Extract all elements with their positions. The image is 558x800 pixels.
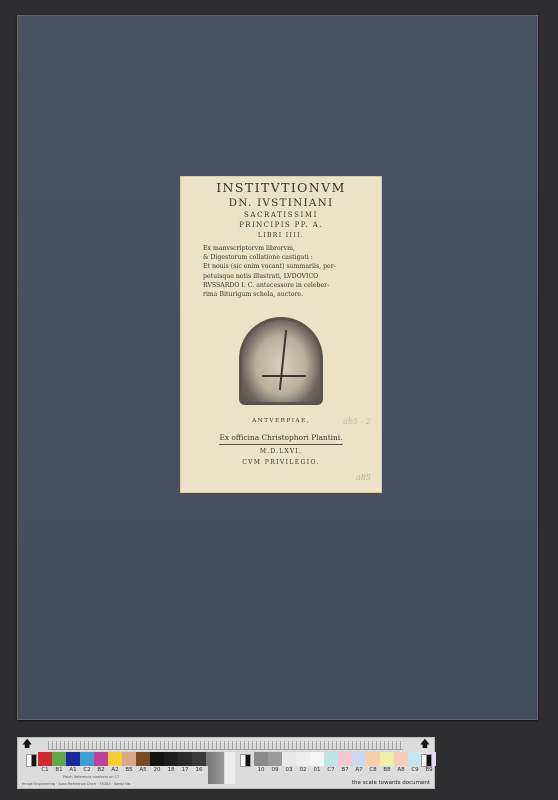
title-line-3: SACRATISSIMI — [181, 212, 381, 219]
ruler-scale — [48, 741, 403, 750]
title-line-2: DN. IVSTINIANI — [181, 198, 381, 209]
chart-note: Image Engineering · Scan Reference Chart… — [22, 782, 131, 786]
color-patch-a2 — [108, 752, 122, 766]
patch-label: C2 — [80, 767, 94, 773]
patch-label: B7 — [338, 767, 352, 773]
color-patch-02 — [296, 752, 310, 766]
color-patch-b2 — [94, 752, 108, 766]
body-line: RVSSARDO I. C. antecessore in celeber- — [203, 281, 363, 290]
color-patch-09 — [268, 752, 282, 766]
right-color-patches — [254, 752, 436, 766]
imprint-privilege: CVM PRIVILEGIO. — [181, 460, 381, 466]
imprint-printer: Ex officina Christophori Plantini. — [219, 433, 342, 445]
right-patch-labels: 1009030201C7B7A7C8B8A8C9B9 — [254, 767, 436, 773]
left-patch-labels: C1B1A1C2B2A2B5A52018171611 — [38, 767, 220, 773]
color-patch-a5 — [136, 752, 150, 766]
body-line: rima Biturigum schola, auctore. — [203, 290, 363, 299]
color-patch-b8 — [380, 752, 394, 766]
arrow-up-icon: 🡅 — [22, 740, 32, 750]
color-patch-a8 — [394, 752, 408, 766]
body-line: petuisque notis illustrati, LVDOVICO — [203, 272, 363, 281]
color-patch-b5 — [122, 752, 136, 766]
color-patch-20 — [150, 752, 164, 766]
patch-label: A2 — [108, 767, 122, 773]
color-patch-16 — [192, 752, 206, 766]
pencil-mark: a85 — [356, 473, 371, 482]
gray-step-labels — [225, 752, 235, 784]
color-patch-a7 — [352, 752, 366, 766]
patch-label: A7 — [352, 767, 366, 773]
patch-label: B2 — [94, 767, 108, 773]
color-patch-a1 — [66, 752, 80, 766]
patch-label: A5 — [136, 767, 150, 773]
patch-label: 20 — [150, 767, 164, 773]
bw-reference-patch — [26, 754, 37, 767]
color-patch-c9 — [408, 752, 422, 766]
color-patch-01 — [310, 752, 324, 766]
color-patch-c1 — [38, 752, 52, 766]
arrow-up-icon: 🡅 — [420, 740, 430, 750]
patch-label: C1 — [38, 767, 52, 773]
patch-label: B8 — [380, 767, 394, 773]
printers-device-emblem — [239, 317, 323, 405]
patch-label: C9 — [408, 767, 422, 773]
color-patch-c2 — [80, 752, 94, 766]
patch-label: 18 — [164, 767, 178, 773]
patch-note: Patch Reference numbers on CT — [63, 775, 119, 779]
left-color-patches — [38, 752, 220, 766]
color-patch-b1 — [52, 752, 66, 766]
patch-label: 10 — [254, 767, 268, 773]
patch-label: 17 — [178, 767, 192, 773]
color-patch-03 — [282, 752, 296, 766]
pencil-mark: ab5 - 2 — [343, 417, 371, 426]
color-calibration-target: 🡅 🡅 C1B1A1C2B2A2B5A52018171611 100903020… — [17, 737, 435, 789]
imprint: ANTVERPIAE, Ex officina Christophori Pla… — [181, 419, 381, 466]
patch-label: B5 — [122, 767, 136, 773]
title-line-1: INSTITVTIONVM — [181, 182, 381, 195]
title-page: INSTITVTIONVM DN. IVSTINIANI SACRATISSIM… — [181, 177, 381, 492]
bw-reference-patch — [421, 754, 432, 767]
body-line: Ex manvscriptorvm librorvm, — [203, 244, 363, 253]
body-line: & Digestorum collatione castigati : — [203, 253, 363, 262]
patch-label: 01 — [310, 767, 324, 773]
patch-label: 09 — [268, 767, 282, 773]
title-line-5: LIBRI IIII. — [181, 233, 381, 239]
patch-label: 02 — [296, 767, 310, 773]
color-patch-c7 — [324, 752, 338, 766]
bw-reference-patch — [240, 754, 251, 767]
patch-label: 03 — [282, 767, 296, 773]
patch-label: 16 — [192, 767, 206, 773]
gray-step-block — [208, 752, 224, 784]
scale-caption: the scale towards document — [352, 780, 430, 786]
color-patch-17 — [178, 752, 192, 766]
imprint-year: M.D.LXVI. — [181, 449, 381, 455]
color-patch-18 — [164, 752, 178, 766]
patch-label: A1 — [66, 767, 80, 773]
color-patch-c8 — [366, 752, 380, 766]
color-patch-b7 — [338, 752, 352, 766]
title-body: Ex manvscriptorvm librorvm, & Digestorum… — [181, 244, 381, 299]
patch-label: C8 — [366, 767, 380, 773]
title-line-4: PRINCIPIS PP. A. — [181, 222, 381, 229]
patch-label: B1 — [52, 767, 66, 773]
body-line: Et nouis (sic enim vocant) summariis, pe… — [203, 262, 363, 271]
patch-label: B9 — [422, 767, 436, 773]
patch-label: A8 — [394, 767, 408, 773]
patch-label: C7 — [324, 767, 338, 773]
color-patch-10 — [254, 752, 268, 766]
